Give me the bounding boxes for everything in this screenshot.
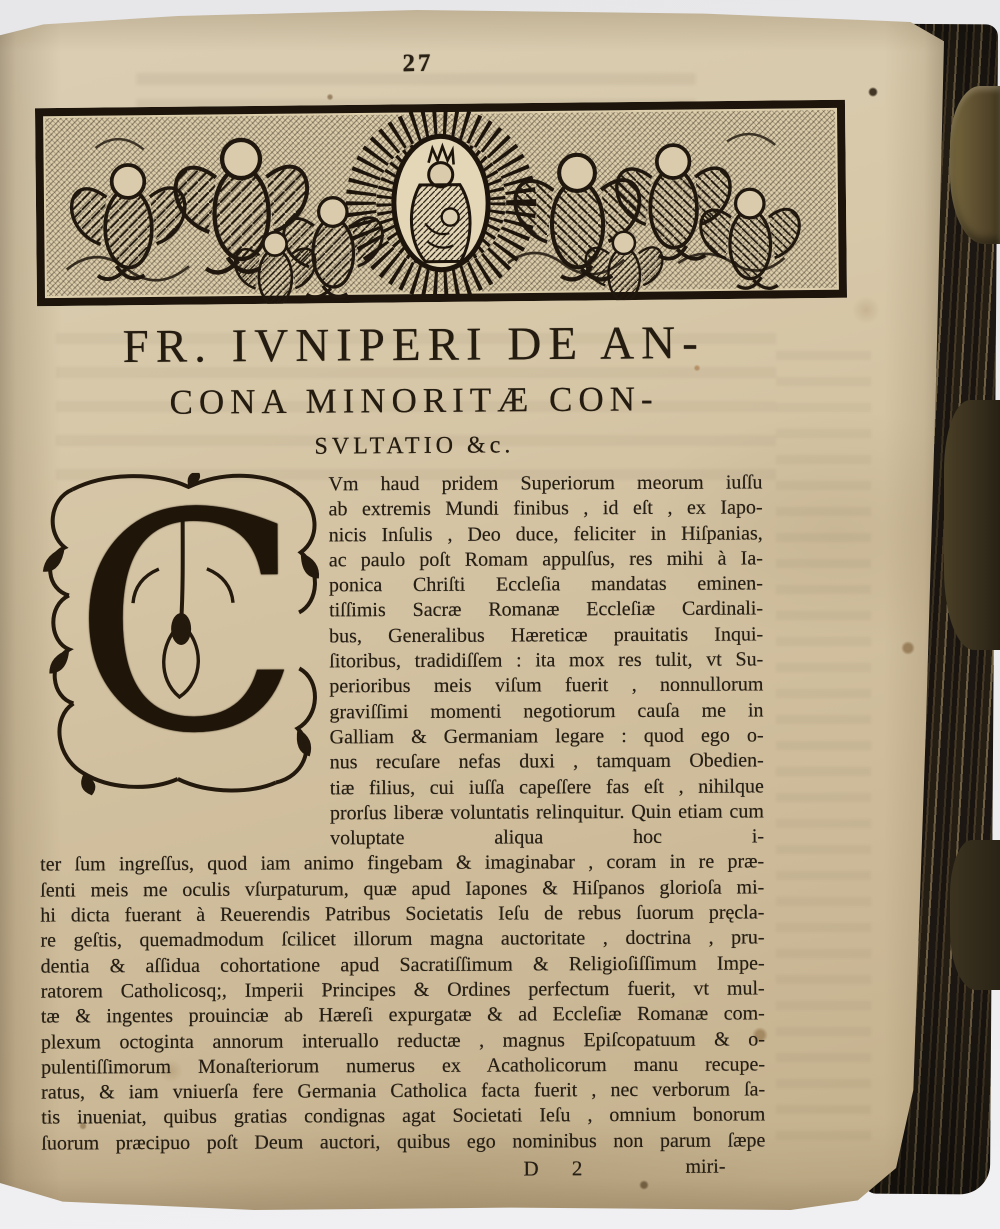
body-text: C Vm haud pridem Superiorum meorum iuſſu… <box>38 470 765 1186</box>
text-line: ab extremis Mundi finibus , id eſt , ex … <box>329 496 763 523</box>
text-line: graviſſimi momenti negotiorum cauſa me i… <box>329 698 763 725</box>
text-line: dentia & aſſidua cohortatione apud Sacra… <box>41 951 765 979</box>
book-page: 27 <box>0 10 944 1210</box>
text-line: plexum octoginta annorum interuallo redu… <box>41 1027 765 1055</box>
text-line: Vm haud pridem Superiorum meorum iuſſu <box>328 470 762 497</box>
initial-letter-C: C <box>66 444 308 805</box>
clasp-strap-bottom <box>950 840 1000 990</box>
show-through-smudge <box>776 340 871 1140</box>
text-line: ſenti meis me oculis vſurpaturum, quæ ap… <box>40 875 764 903</box>
clasp-strap-middle <box>944 400 1000 650</box>
woodcut-headpiece-ornament <box>35 100 847 306</box>
drop-cap-initial: C <box>38 472 327 802</box>
text-line: bus, Generalibus Hæreticæ prauitatis Inq… <box>329 622 763 649</box>
text-line: tiæ filius, cui iuſſa capeſſere fas eſt … <box>330 774 764 801</box>
text-line: tæ & ingentes prouinciæ ab Hæreſi expurg… <box>41 1002 765 1030</box>
text-line: tiſſimis Sacræ Romanæ Eccleſiæ Cardinali… <box>329 597 763 624</box>
full-width-lines: prorſus liberæ voluntatis relinquitur. Q… <box>40 799 766 1156</box>
text-line: ter ſum ingreſſus, quod iam animo fingeb… <box>40 850 764 878</box>
signature-mark: D 2 <box>523 1156 596 1181</box>
text-line: nicis Inſulis , Deo duce, feliciter in H… <box>329 521 763 548</box>
text-line: hi dicta fuerant à Reuerendis Patribus S… <box>40 900 764 928</box>
catchword: miri- <box>685 1156 725 1179</box>
text-line: ratus, & iam vniuerſa fere Germania Cath… <box>41 1078 765 1106</box>
chapter-title: FR. IVNIPERI DE AN- CONA MINORITÆ CON- S… <box>32 315 797 462</box>
text-line: pulentiſſimorum Monaſteriorum numerus ex… <box>41 1052 765 1080</box>
text-line: ſuorum præcipuo poſt Deum auctori, quibu… <box>41 1128 765 1156</box>
title-line-1: FR. IVNIPERI DE AN- <box>32 315 796 374</box>
text-line: ratorem Catholicosq;, Imperii Principes … <box>41 976 765 1004</box>
text-line: ac paulo poſt Romam appulſus, res mihi à… <box>329 546 763 573</box>
text-line: ſitoribus, tradidiſſem : ita mox res tul… <box>329 648 763 675</box>
signature-line: D 2 miri- <box>41 1155 765 1186</box>
text-line: prorſus liberæ voluntatis relinquitur. Q… <box>330 799 764 851</box>
text-line: nus recuſare nefas duxi , tamquam Obedie… <box>330 749 764 776</box>
text-line: ponica Chriſti Eccleſia mandatas eminen- <box>329 572 763 599</box>
text-line: perioribus meis viſum fuerit , nonnullor… <box>329 673 763 700</box>
text-line: re geſtis, quemadmodum ſcilicet illorum … <box>40 926 764 954</box>
clasp-strap-top <box>950 86 1000 244</box>
text-line: tis inueniat, quibus gratias condignas a… <box>41 1103 765 1131</box>
text-line: Galliam & Germaniam legare : quod ego o- <box>330 723 764 750</box>
title-line-2: CONA MINORITÆ CON- <box>32 378 796 423</box>
page-number: 27 <box>378 49 458 78</box>
